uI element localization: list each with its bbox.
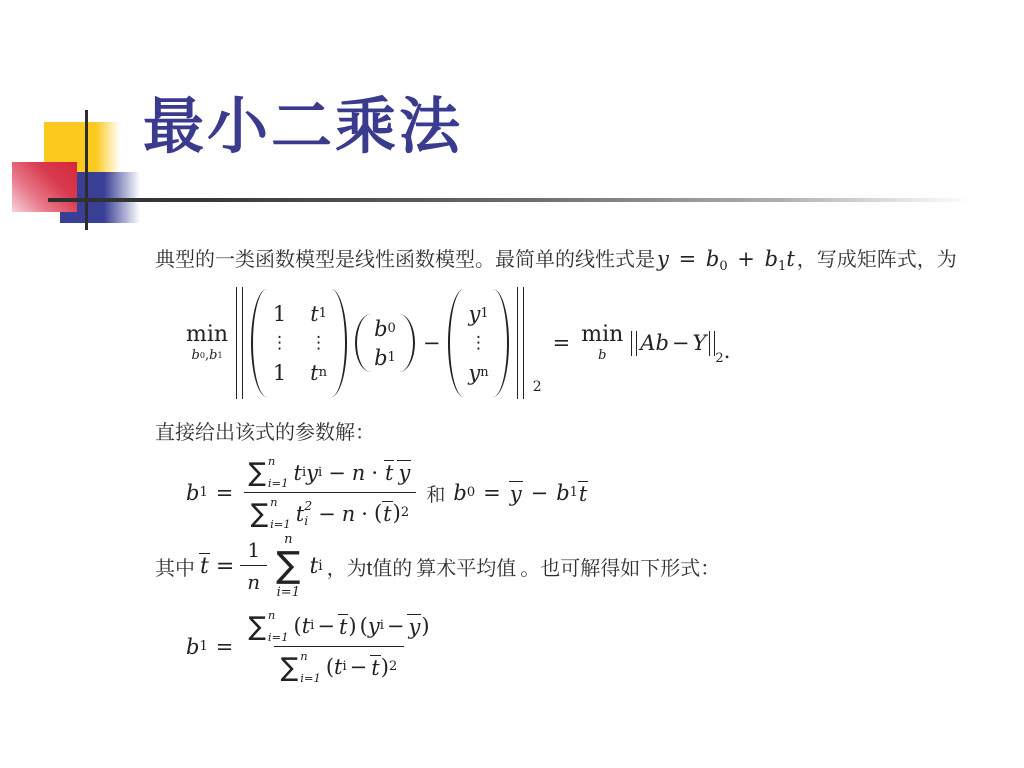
- t-bar: t: [199, 553, 210, 578]
- t-bar: t: [578, 481, 588, 505]
- equals-operator: =: [553, 331, 571, 355]
- vdots-icon: ⋮: [271, 335, 288, 352]
- equals-operator: =: [216, 635, 234, 659]
- paragraph-intro-text: 典型的一类函数模型是线性函数模型。最简单的线性式是: [155, 249, 655, 271]
- t-bar: t: [370, 655, 380, 679]
- paragraph-mean-pre: 其中: [155, 552, 195, 581]
- fraction: ∑ni=1 tiyi − n · ty ∑ni=1 t2i − n · (t)2: [241, 456, 418, 530]
- fraction-one-over-n: 1 n: [240, 538, 267, 594]
- decoration-vertical-line: [85, 110, 88, 230]
- minus-operator: −: [531, 481, 549, 505]
- paragraph-mean-definition: 其中 t = 1 n n ∑ i=1 ti ，为t值的算术平均值。也可解得如下形…: [155, 533, 720, 599]
- min-operator: min b0,b1: [186, 324, 228, 362]
- paragraph-mean-post: 。也可解得如下形式：: [520, 552, 720, 581]
- paragraph-mean-mid: ，为t值的: [327, 552, 413, 581]
- paragraph-solution-intro: 直接给出该式的参数解：: [155, 420, 375, 446]
- paragraph-intro-text-tail: ，写成矩阵式，为: [797, 249, 957, 271]
- t-bar: t: [338, 614, 348, 638]
- equals-operator: =: [216, 481, 234, 505]
- paren-left: [251, 289, 267, 397]
- paren-right: [493, 289, 509, 397]
- vdots-icon: ⋮: [470, 335, 487, 352]
- equation-b1-alternative: b1 = ∑ni=1 (ti−t) (yi−y) ∑ni=1 (ti−t)2: [186, 610, 437, 684]
- y-bar: y: [397, 460, 411, 484]
- paren-left: [448, 289, 464, 397]
- decoration-red-square: [12, 162, 77, 212]
- equals-operator: =: [483, 481, 501, 505]
- paren-right: [331, 289, 347, 397]
- equation-b1-solution: b1 = ∑ni=1 tiyi − n · ty ∑ni=1 t2i − n ·…: [186, 456, 588, 530]
- y-bar: y: [407, 614, 421, 638]
- vdots-icon: ⋮: [310, 335, 327, 352]
- sum-operator: ∑ni=1: [281, 651, 321, 684]
- sum-operator: ∑ni=1: [248, 456, 288, 489]
- fraction: ∑ni=1 (ti−t) (yi−y) ∑ni=1 (ti−t)2: [241, 610, 436, 684]
- y-bar: y: [509, 481, 523, 505]
- t-bar: t: [382, 501, 392, 525]
- paragraph-intro: 典型的一类函数模型是线性函数模型。最简单的线性式是y = b0 + b1t，写成…: [155, 244, 957, 275]
- inline-equation-linear-model: y = b0 + b1t: [657, 247, 795, 271]
- vector-b: b0 b1: [355, 314, 415, 372]
- sum-operator: ∑ni=1: [251, 497, 291, 530]
- paren-right: [399, 314, 415, 372]
- slide: 最小二乘法 典型的一类函数模型是线性函数模型。最简单的线性式是y = b0 + …: [0, 0, 1024, 768]
- norm-bar-close: [517, 287, 524, 399]
- equation-matrix-form: min b0,b1 1 t1 ⋮ ⋮ 1 tn b0 b1 −: [186, 287, 730, 399]
- sum-operator: ∑ni=1: [248, 610, 288, 643]
- vector-Y: y1 ⋮ yn: [448, 289, 508, 397]
- minus-operator: −: [423, 331, 441, 355]
- equation-t-mean: t = 1 n n ∑ i=1 ti: [199, 533, 323, 599]
- norm-bar-open: [236, 287, 243, 399]
- paren-left: [355, 314, 371, 372]
- t-bar: t: [384, 460, 394, 484]
- decoration-horizontal-rule: [48, 198, 988, 202]
- norm-bar-open-small: [631, 331, 637, 356]
- norm-Ab-minus-Y: Ab − Y 2.: [631, 331, 730, 356]
- equals-operator: =: [216, 554, 234, 579]
- slide-title: 最小二乘法: [143, 94, 463, 158]
- norm-subscript-2: 2: [533, 379, 542, 395]
- and-label: 和: [426, 480, 445, 507]
- arithmetic-mean-link[interactable]: 算术平均值: [416, 552, 516, 581]
- sum-operator-display: n ∑ i=1: [276, 533, 300, 599]
- min-operator: min b: [581, 324, 623, 362]
- matrix-A: 1 t1 ⋮ ⋮ 1 tn: [251, 289, 347, 397]
